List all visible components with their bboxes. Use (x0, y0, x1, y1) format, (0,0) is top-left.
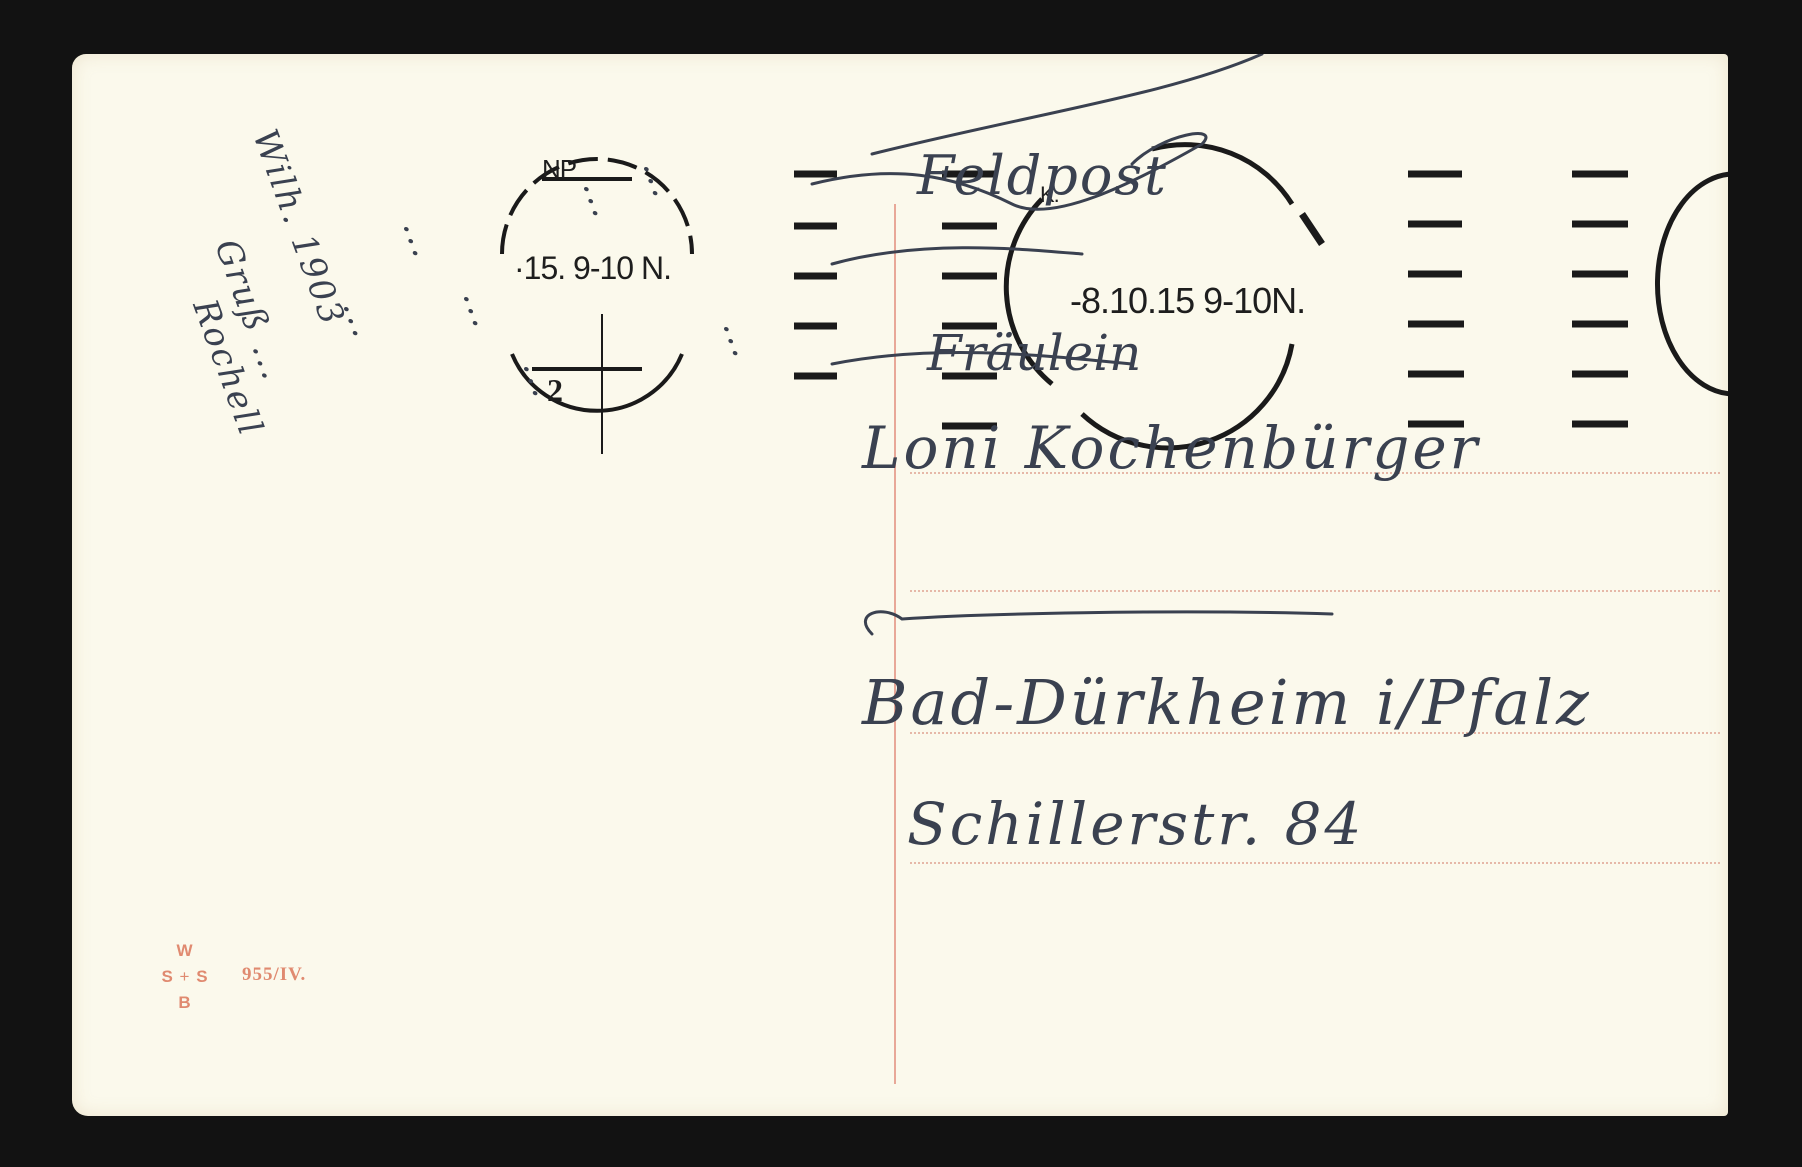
address-city: Bad-Dürkheim i/Pfalz (862, 666, 1592, 739)
address-salutation: Fräulein (927, 324, 1141, 382)
postmark-left-header: NP (542, 154, 576, 185)
monogram-top: W (150, 938, 220, 964)
series-number: 955/IV. (242, 964, 306, 986)
publisher-monogram: W S + S B (150, 938, 220, 1016)
cancellation-overlay (72, 54, 1728, 1116)
address-street: Schillerstr. 84 (907, 790, 1364, 858)
postmark-right-date: -8.10.15 9-10N. (1070, 280, 1305, 322)
monogram-middle: S + S (150, 964, 220, 990)
monogram-bottom: B (150, 990, 220, 1016)
monogram-right: S (196, 967, 208, 986)
postmark-circle-partial (1657, 174, 1728, 394)
address-feldpost: Feldpost (917, 144, 1168, 207)
monogram-cross: + (180, 967, 191, 986)
postcard: NP ·15. 9-10 N. 2 K. -8.10.15 9-10N. Fel… (72, 54, 1728, 1116)
address-name: Loni Kochenbürger (862, 414, 1480, 482)
monogram-left: S (161, 967, 173, 986)
postmark-left-date: ·15. 9-10 N. (514, 250, 671, 287)
